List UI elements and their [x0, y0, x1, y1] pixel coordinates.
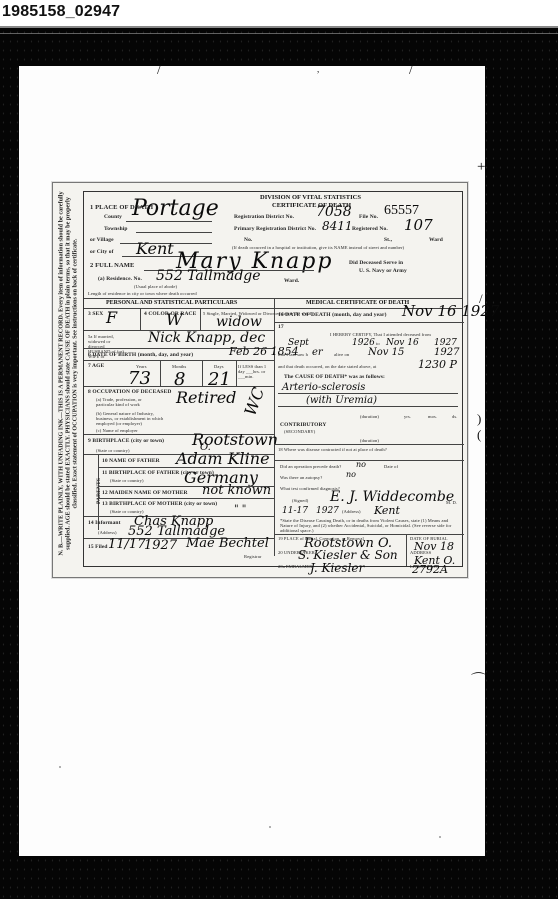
- row-line: [84, 360, 274, 361]
- instructions-sidebar: N. B.—WRITE PLAINLY, WITH UNFADING INK—T…: [55, 191, 81, 563]
- ds-label: ds.: [452, 414, 457, 419]
- usual-place-note: (Usual place of abode): [134, 284, 177, 289]
- secondary-label: (SECONDARY): [284, 429, 315, 434]
- divider: [200, 308, 201, 330]
- mother-birthplace-label: 13 BIRTHPLACE OF MOTHER (city or town): [102, 501, 217, 507]
- death-certificate: N. B.—WRITE PLAINLY, WITH UNFADING INK—T…: [52, 182, 468, 578]
- physician-signature: E. J. Widdecombe: [330, 489, 454, 505]
- column-divider: [274, 298, 275, 556]
- death-date-label: 16 DATE OF DEATH (month, day and year): [278, 312, 387, 318]
- contributory-label: CONTRIBUTORY: [280, 422, 326, 428]
- sex-value: F: [106, 308, 117, 327]
- spouse-value: Nick Knapp, dec: [148, 330, 265, 346]
- duration-label: (duration): [360, 414, 379, 419]
- primary-district-label: Primary Registration District No.: [234, 226, 316, 232]
- cause-line: [278, 406, 458, 407]
- father-label: 10 NAME OF FATHER: [102, 458, 160, 464]
- father-state-label: (State or country): [110, 478, 144, 483]
- certificate-body: 1 PLACE OF DEATH County Portage Township…: [83, 191, 463, 567]
- county-value: Portage: [132, 196, 219, 221]
- autopsy-value: no: [346, 470, 356, 479]
- mos-label: mos.: [428, 414, 437, 419]
- embalmer-value: J. Kiesler: [310, 561, 364, 575]
- registration-district-label: Registration District No.: [234, 214, 294, 220]
- autopsy-label: Was there an autopsy?: [280, 475, 322, 480]
- filed-label: 15 Filed: [88, 544, 108, 550]
- occupation-b-label: (b) General nature of Industry, business…: [96, 411, 166, 426]
- age-label: 7 AGE: [88, 363, 104, 369]
- marital-value: widow: [216, 314, 262, 330]
- sex-label: 3 SEX: [88, 311, 103, 317]
- division-title: DIVISION OF VITAL STATISTICS: [260, 194, 361, 201]
- navy-label-2: U. S. Navy or Army: [359, 268, 407, 274]
- scan-background: / , / + / )( ⌒ N. B.—WRITE PLAINLY, WITH…: [0, 28, 558, 899]
- margin-mark: /: [157, 62, 161, 78]
- md-label: M. D.: [446, 500, 457, 505]
- margin-mark: ,: [317, 64, 319, 74]
- duration-label-2: (duration): [360, 438, 379, 443]
- residence-label: (a) Residence. No.: [98, 276, 142, 282]
- occupation-label: 8 OCCUPATION OF DECEASED: [88, 389, 171, 395]
- occupation-c-label: (c) Name of employer: [96, 428, 138, 433]
- cause-value-2: (with Uremia): [306, 395, 377, 406]
- alive-on-value: Nov 15: [368, 347, 404, 358]
- page-header: 1985158_02947: [0, 0, 558, 26]
- filed-year: 1927: [144, 538, 177, 553]
- street-no-label: No.: [244, 237, 252, 243]
- last-saw-label: that I last saw h: [278, 352, 308, 357]
- medical-header: MEDICAL CERTIFICATE OF DEATH: [306, 300, 409, 306]
- informant-label: 14 Informant: [88, 520, 121, 526]
- operation-date-label: Date of: [384, 464, 398, 469]
- occupation-a-label: (a) Trade, profession, or particular kin…: [96, 397, 158, 407]
- cause-label: The CAUSE OF DEATH* was as follows:: [284, 374, 385, 380]
- embalmer-label: 20a EMBALMER: [278, 564, 312, 569]
- birthplace-label: 9 BIRTHPLACE (city or town): [88, 438, 164, 444]
- less-than-label: If LESS than 1 day ___hrs. or ___min.: [238, 364, 272, 379]
- divider: [202, 360, 203, 386]
- wc-stamp: WC: [241, 385, 269, 418]
- document-id: 1985158_02947: [2, 3, 120, 21]
- divider: [236, 360, 237, 386]
- row-line: [274, 460, 464, 461]
- undertaker-value: S. Kiesler & Son: [298, 548, 398, 562]
- mother-birthplace-value: " ": [234, 504, 246, 515]
- last-saw-value: er: [312, 347, 323, 358]
- occupation-a-value: Retired: [176, 388, 236, 407]
- informant-address-label: (Address): [98, 530, 117, 535]
- row-line: [84, 386, 274, 387]
- row-line: [274, 444, 464, 445]
- certify-text: I HEREBY CERTIFY, That I attended deceas…: [330, 332, 431, 337]
- cause-value: Arterio-sclerosis: [282, 382, 365, 393]
- registered-no-label: Registered No.: [352, 226, 388, 232]
- birth-date-label: 6 DATE OF BIRTH (month, day, and year): [88, 352, 193, 358]
- st-label: St.,: [384, 237, 392, 243]
- to-label: to: [376, 341, 380, 346]
- registration-district-value: 7058: [316, 204, 352, 220]
- ward-label: Ward: [429, 237, 443, 243]
- cause-line: [278, 393, 458, 394]
- row-line: [274, 534, 464, 535]
- residence-value: 552 Tallmadge: [156, 268, 261, 284]
- operation-value: no: [356, 460, 366, 469]
- section-divider: [84, 298, 462, 299]
- alive-on-label: alive on: [334, 352, 349, 357]
- registrar-signature: Mae Bechtel: [186, 536, 269, 551]
- speck: [439, 836, 441, 838]
- village-label: or Village: [90, 237, 114, 243]
- mother-value: not known: [202, 483, 271, 498]
- signed-address-label: (Address): [342, 509, 361, 514]
- license-value: 2792A: [412, 563, 448, 576]
- sidebar-instructions: N. B.—WRITE PLAINLY, WITH UNFADING INK—T…: [58, 189, 79, 559]
- scan-top-line: [0, 33, 558, 34]
- county-line: [126, 221, 212, 222]
- father-value: Adam Kline: [176, 449, 270, 468]
- margin-mark: +: [477, 159, 485, 176]
- signed-address-value: Kent: [374, 504, 400, 517]
- filed-date: 11/17: [108, 537, 145, 552]
- margin-mark: ⌒: [471, 669, 486, 690]
- death-occurred-label: and that death occurred, on the date sta…: [278, 364, 376, 369]
- alive-on-year: 1927: [434, 347, 459, 358]
- file-no-label: File No.: [359, 214, 378, 220]
- full-name-label: 2 FULL NAME: [90, 262, 134, 269]
- divider: [406, 534, 407, 566]
- row-line: [274, 322, 464, 323]
- yrs-label: yrs.: [404, 414, 411, 419]
- divider: [160, 360, 161, 386]
- signed-label: (Signed): [292, 498, 308, 503]
- registered-no-value: 107: [404, 216, 433, 234]
- residence-ward-label: Ward.: [284, 278, 299, 284]
- margin-mark: /: [409, 62, 413, 78]
- margin-mark: )(: [477, 411, 485, 443]
- color-value: W: [166, 310, 182, 329]
- city-label: or City of: [90, 249, 114, 255]
- township-line: [136, 232, 212, 233]
- township-label: Township: [104, 226, 128, 232]
- divider: [140, 308, 141, 330]
- county-label: County: [104, 214, 122, 220]
- navy-label: Did Deceased Serve in: [349, 260, 403, 266]
- length-residence-label: Length of residence in city or town wher…: [88, 291, 197, 296]
- primary-district-value: 8411: [322, 219, 353, 233]
- death-time: 1230 P: [418, 358, 457, 371]
- attended-from: Sept: [288, 338, 309, 348]
- cause-footnote: *State the Disease Causing Death, or in …: [280, 518, 460, 533]
- operation-label: Did an operation precede death?: [280, 464, 341, 469]
- signed-date: 11-17: [282, 506, 308, 516]
- speck: [59, 766, 61, 768]
- row-line: [98, 498, 274, 499]
- disease-contracted-label: 18 Where was disease contracted if not a…: [278, 447, 398, 452]
- certify-17-label: 17: [278, 324, 284, 330]
- signed-year: 1927: [316, 506, 339, 516]
- personal-header: PERSONAL AND STATISTICAL PARTICULARS: [106, 300, 237, 306]
- death-date-value: Nov 16 1927: [402, 302, 499, 320]
- registrar-label: Registrar: [244, 554, 261, 559]
- speck: [269, 826, 271, 828]
- birthplace-state-label: (State or country): [96, 448, 130, 453]
- mother-label: 12 MAIDEN NAME OF MOTHER: [102, 490, 188, 496]
